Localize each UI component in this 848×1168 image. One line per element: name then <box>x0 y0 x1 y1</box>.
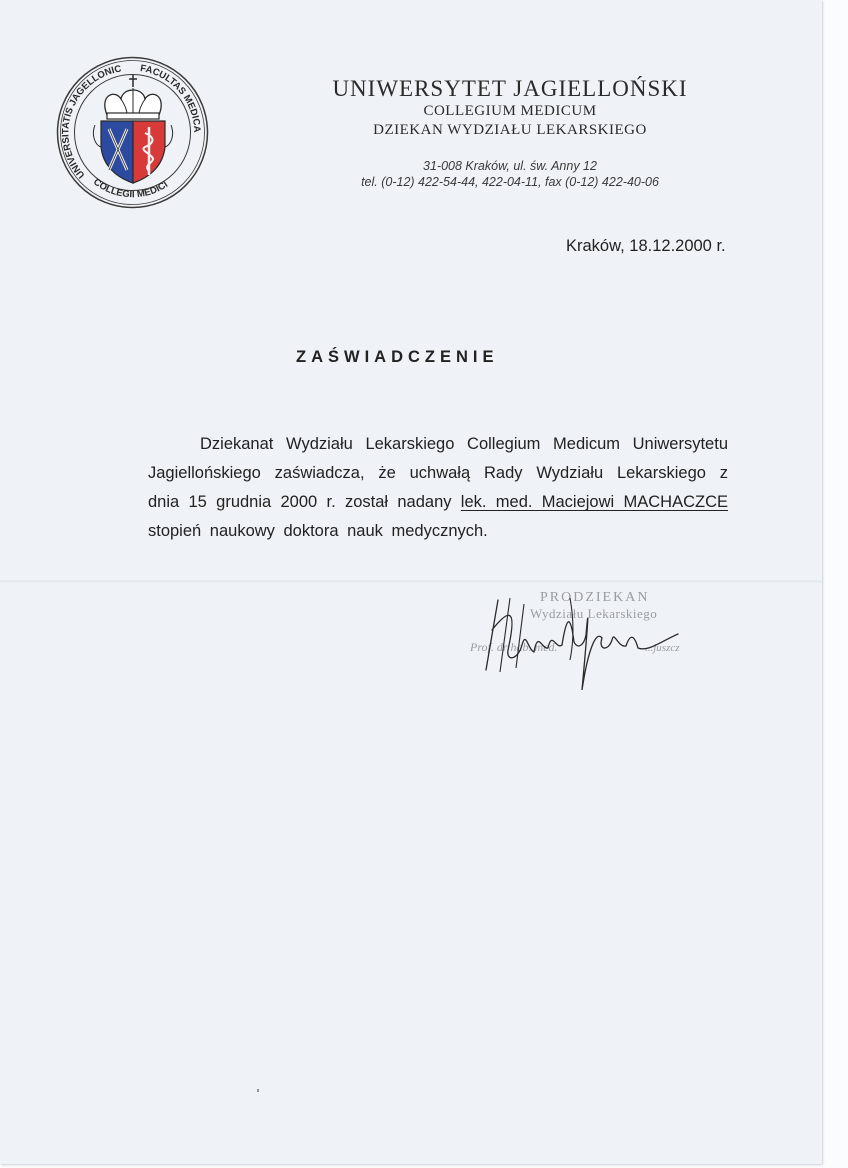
paper-fold-crease <box>0 580 822 583</box>
address: 31-008 Kraków, ul. św. Anny 12 <box>320 158 700 174</box>
university-name: UNIWERSYTET JAGIELLOŃSKI <box>320 76 700 102</box>
body-text-part2: stopień naukowy doktora nauk medycznych. <box>148 522 488 540</box>
document-title: ZAŚWIADCZENIE <box>296 348 499 367</box>
scan-speck <box>257 1089 259 1092</box>
office-name: DZIEKAN WYDZIAŁU LEKARSKIEGO <box>320 121 700 140</box>
letterhead: UNIWERSYTET JAGIELLOŃSKI COLLEGIUM MEDIC… <box>320 76 700 190</box>
recipient-name: lek. med. Maciejowi MACHACZCE <box>461 493 728 511</box>
university-seal-icon: UNIVERSITATIS JAGELLONICAE FACULTAS MEDI… <box>55 55 210 210</box>
place-and-date: Kraków, 18.12.2000 r. <box>566 237 726 256</box>
handwritten-signature-icon <box>478 590 708 690</box>
college-name: COLLEGIUM MEDICUM <box>320 102 700 121</box>
document-page: UNIVERSITATIS JAGELLONICAE FACULTAS MEDI… <box>0 0 822 1164</box>
certificate-body: Dziekanat Wydziału Lekarskiego Collegium… <box>148 430 728 546</box>
contact-numbers: tel. (0-12) 422-54-44, 422-04-11, fax (0… <box>320 174 700 190</box>
